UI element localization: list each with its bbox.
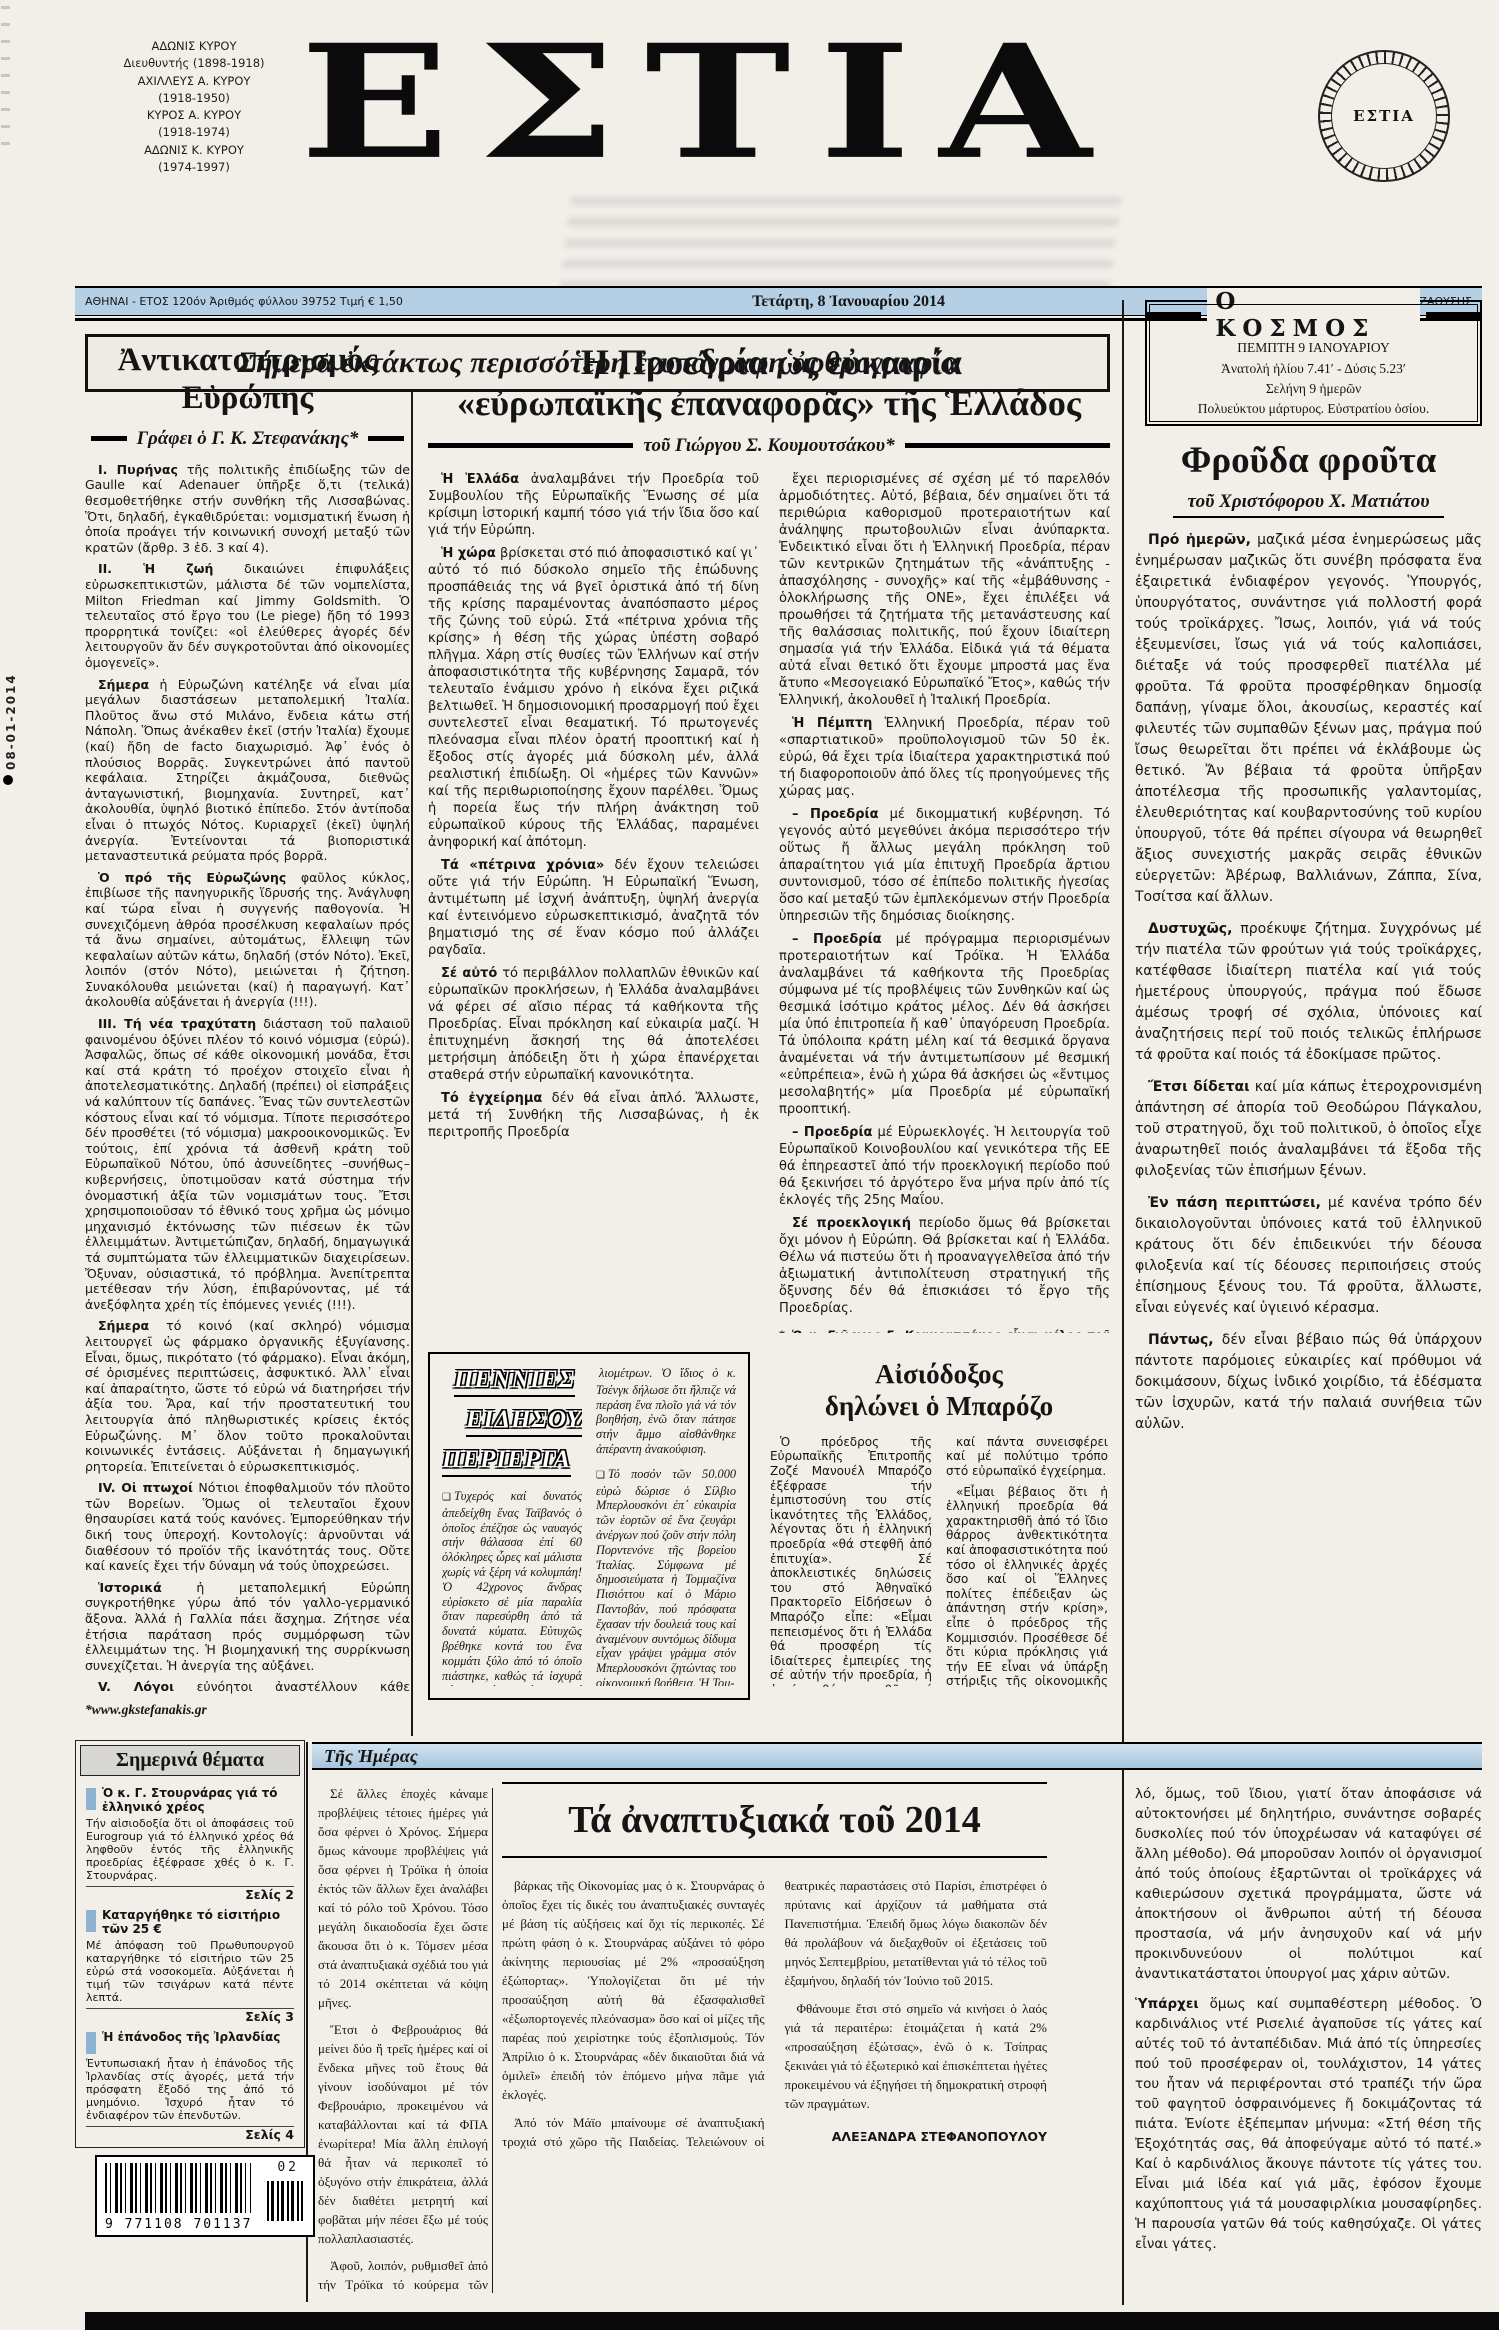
- topic-title: Καταργήθηκε τό εἰσιτήριο τῶν 25 €: [102, 1909, 294, 1936]
- byline-row: Γράφει ὁ Γ. Κ. Στεφανάκης*: [85, 428, 410, 450]
- rule: [91, 436, 127, 441]
- paragraph: II. Ἡ ζωή δικαιώνει ἐπιφυλάξεις εὐρωσκεπ…: [85, 561, 410, 670]
- article-column-2: ἔχει περιορισμένες σέ σχέση μέ τό παρελθ…: [779, 471, 1110, 1333]
- rule: [368, 436, 404, 441]
- article-body: Πρό ἡμερῶν, μαζικά μέσα ἐνημερώσεως μᾶς …: [1135, 530, 1482, 1718]
- pennies-titles: ΠΕΝΝΙΕΣΕΙΔΗΣΟΥΛΕΣΠΕΡΙΕΡΓΑ: [442, 1366, 582, 1477]
- edition-info: ΑΘΗΝΑΙ - ΕΤΟΣ 120όν Ἀριθμός φύλλου 39752…: [85, 295, 403, 308]
- topics-header: Σημερινά θέματα: [80, 1745, 300, 1776]
- pennies-column-1: ΠΕΝΝΙΕΣΕΙΔΗΣΟΥΛΕΣΠΕΡΙΕΡΓΑ ❑Τυχερός καί δ…: [442, 1366, 582, 1686]
- topic-bullet-icon: [86, 1788, 96, 1810]
- registration-dot: [3, 775, 13, 785]
- rule: [905, 443, 1110, 448]
- tis-imeras-column-a: Σέ ἄλλες ἐποχές κάναμε προβλέψεις τέτοιε…: [318, 1784, 488, 2296]
- topic-summary: Ἐντυπωσιακή ἦταν ἡ ἐπάνοδος τῆς Ἰρλανδία…: [86, 2057, 294, 2122]
- paragraph: Ὁ πρό τῆς Εὐρωζώνης φαῦλος κύκλος, ἐπιβί…: [85, 870, 410, 1010]
- paragraph: Ἡ Ἑλλάδα ἀναλαμβάνει τήν Προεδρία τοῦ Συ…: [428, 471, 759, 539]
- paragraph: ΑΛΕΞΑΝΔΡΑ ΣΤΕΦΑΝΟΠΟΥΛΟΥ: [785, 2127, 1048, 2146]
- paragraph: Πρό ἡμερῶν, μαζικά μέσα ἐνημερώσεως μᾶς …: [1135, 530, 1482, 908]
- topic-item: Ἡ ἐπάνοδος τῆς Ἰρλανδίας Ἐντυπωσιακή ἦτα…: [76, 2024, 304, 2142]
- pennies-box: ΠΕΝΝΙΕΣΕΙΔΗΣΟΥΛΕΣΠΕΡΙΕΡΓΑ ❑Τυχερός καί δ…: [428, 1352, 750, 1700]
- paragraph: καί πάντα συνεισφέρει καί μέ πολύτιμο τρ…: [946, 1435, 1108, 1479]
- byline: Γράφει ὁ Γ. Κ. Στεφανάκης*: [137, 428, 359, 450]
- topic-bullet-icon: [86, 2032, 96, 2054]
- topic-title: Ὁ κ. Γ. Στουρνάρας γιά τό ἑλληνικό χρέος: [102, 1787, 294, 1814]
- pennies-title: ΕΙΔΗΣΟΥΛΕΣ: [466, 1406, 582, 1437]
- barcode-digits: 9 771108 701137: [103, 2217, 254, 2232]
- topic-bullet-icon: [86, 1910, 96, 1932]
- paragraph: Ὁ πρόεδρος τῆς Εὐρωπαϊκῆς Ἐπιτροπῆς Ζοζέ…: [770, 1435, 932, 1687]
- edition-date-vertical: 08-01-2014: [4, 640, 18, 770]
- article-title: Αἰσιόδοξοςδηλώνει ὁ Μπαρόζο: [770, 1358, 1108, 1423]
- paragraph: Ἔτσι δίδεται καί μία κάπως ἑτεροχρονισμέ…: [1135, 1077, 1482, 1182]
- barcode-supplement: 02: [277, 2160, 299, 2175]
- paragraph: I. Πυρήνας τῆς πολιτικῆς ἐπιδίωξης τῶν d…: [85, 462, 410, 556]
- paragraph: Ἔτσι ὁ Φεβρουάριος θά μείνει δύο ἤ τρεῖς…: [318, 2020, 488, 2248]
- article-column-1: Ἡ Ἑλλάδα ἀναλαμβάνει τήν Προεδρία τοῦ Συ…: [428, 471, 759, 1333]
- column-rule: [492, 1788, 493, 2293]
- tis-imeras-columns: βάρκας τῆς Οἰκονομίας μας ὁ κ. Στουρνάρα…: [502, 1876, 1047, 2228]
- article-column-2: καί πάντα συνεισφέρει καί μέ πολύτιμο τρ…: [946, 1435, 1108, 1687]
- kosmos-line: Πολυεύκτου μάρτυρος. Εὐστρατίου ὁσίου.: [1155, 399, 1472, 419]
- newspaper-front-page: 08-01-2014 ΑΔΩΝΙΣ ΚΥΡΟΥΔιευθυντής (1898-…: [0, 0, 1499, 2330]
- topic-title: Ἡ ἐπάνοδος τῆς Ἰρλανδίας: [102, 2031, 280, 2054]
- paragraph: λό, ὅμως, τοῦ ἴδιου, γιατί ὅταν ἀποφάσισ…: [1135, 1784, 1482, 1984]
- article-title: Φροῦδα φροῦτα: [1135, 440, 1482, 483]
- estia-stamp-icon: ΕΣΤΙΑ: [1318, 50, 1450, 182]
- topic-page-ref: Σελίς 2: [86, 1886, 294, 1902]
- paragraph: Σέ προεκλογική περίοδο ὅμως θά βρίσκεται…: [779, 1215, 1110, 1317]
- paragraph: IV. Οἱ πτωχοί Νότιοι ἐποφθαλμιοῦν τόν πλ…: [85, 1480, 410, 1574]
- article-barozo: Αἰσιόδοξοςδηλώνει ὁ Μπαρόζο Ὁ πρόεδρος τ…: [770, 1358, 1108, 1687]
- news-snippet: ❑Τό ποσόν τῶν 50.000 εὐρώ δώρισε ὁ Σίλβι…: [596, 1467, 736, 1686]
- section-headline: Τά ἀναπτυξιακά τοῦ 2014: [502, 1798, 1047, 1842]
- news-snippet: ❑Τυχερός καί δυνατός ἀπεδείχθη ἕνας Ταϊβ…: [442, 1489, 582, 1686]
- paragraph: ἔχει περιορισμένες σέ σχέση μέ τό παρελθ…: [779, 471, 1110, 709]
- paragraph: Σέ αὐτό τό περιβάλλον πολλαπλῶν ἐθνικῶν …: [428, 965, 759, 1084]
- topic-summary: Τήν αἰσιοδοξία ὅτι οἱ ἀποφάσεις τοῦ Euro…: [86, 1817, 294, 1882]
- paragraph: Τά «πέτρινα χρόνια» δέν ἔχουν τελειώσει …: [428, 857, 759, 959]
- paragraph: Σέ ἄλλες ἐποχές κάναμε προβλέψεις τέτοιε…: [318, 1784, 488, 2012]
- paragraph: Ἡ χώρα βρίσκεται στό πιό ἀποφασιστικό κα…: [428, 545, 759, 851]
- paragraph: Ἐν πάση περιπτώσει, μέ κανένα τρόπο δέν …: [1135, 1193, 1482, 1319]
- pennies-column-2: λιομέτρων. Ὁ ἴδιος ὁ κ. Τσένγκ δήλωσε ὅτ…: [596, 1366, 736, 1686]
- paragraph: Ἡ Πέμπτη Ἑλληνική Προεδρία, πέραν τοῦ «σ…: [779, 715, 1110, 800]
- article-frouda-frouta: Φροῦδα φροῦτα τοῦ Χριστόφορου Χ. Ματιάτο…: [1135, 440, 1482, 1718]
- byline-row: τοῦ Χριστόφορου Χ. Ματιάτου: [1135, 491, 1482, 518]
- paragraph: «Εἶμαι βέβαιος ὅτι ἡ ἑλληνική προεδρία θ…: [946, 1485, 1108, 1687]
- fold-marks: [1, 6, 10, 156]
- topics-box: Σημερινά θέματα Ὁ κ. Γ. Στουρνάρας γιά τ…: [75, 1740, 305, 2148]
- newspaper-logo: ΕΣΤΙΑ: [243, 24, 1178, 181]
- kosmos-box: Ο ΚΟΣΜΟΣ ΑὔριοΠΕΜΠΤΗ 9 ΙΑΝΟΥΑΡΙΟΥἈνατολή…: [1145, 300, 1482, 426]
- paragraph: – Προεδρία μέ Εὐρωεκλογές. Ἡ λειτουργία …: [779, 1124, 1110, 1209]
- topic-page-ref: Σελίς 4: [86, 2126, 294, 2142]
- column-rule: [411, 338, 413, 1736]
- topic-page-ref: Σελίς 3: [86, 2008, 294, 2024]
- kosmos-line: Ἀνατολή ἡλίου 7.41′ - Δύσις 5.23′: [1155, 359, 1472, 379]
- article-proedria: Ἡ Προεδρία ὡς εὐκαιρία«εὐρωπαϊκῆς ἐπαναφ…: [428, 342, 1110, 1333]
- byline: τοῦ Χριστόφορου Χ. Ματιάτου: [1173, 491, 1443, 518]
- article-title: ἈντικατοπτρισμόςΕὐρώπης: [85, 342, 410, 418]
- rule: [502, 1782, 1047, 1784]
- topic-summary: Μέ ἀπόφαση τοῦ Πρωθυπουργοῦ καταργήθηκε …: [86, 1939, 294, 2004]
- pennies-title: ΠΕΡΙΕΡΓΑ: [442, 1446, 571, 1477]
- rule: [502, 1856, 1047, 1858]
- byline-row: τοῦ Γιώργου Σ. Κουμουτσάκου*: [428, 435, 1110, 457]
- author-site: *www.gkstefanakis.gr: [85, 1702, 410, 1718]
- paragraph: Πάντως, δέν εἶναι βέβαιο πώς θά ὑπάρχουν…: [1135, 1330, 1482, 1435]
- topic-item: Καταργήθηκε τό εἰσιτήριο τῶν 25 € Μέ ἀπό…: [76, 1902, 304, 2024]
- column-rule: [1122, 300, 1124, 2305]
- section-label: Τῆς Ἡμέρας: [324, 1746, 418, 1767]
- paragraph: Σήμερα τό κοινό (καί σκληρό) νόμισμα λει…: [85, 1318, 410, 1474]
- paragraph: III. Τή νέα τραχύτατη διάσταση τοῦ παλαι…: [85, 1016, 410, 1312]
- paragraph: – Προεδρία μέ πρόγραμμα περιορισμένων πρ…: [779, 931, 1110, 1118]
- paragraph: Σήμερα ἡ Εὐρωζώνη κατέληξε νά εἶναι μία …: [85, 677, 410, 864]
- stamp-label: ΕΣΤΙΑ: [1331, 63, 1437, 169]
- paragraph: Ἱστορικά ἡ μεταπολεμική Εὐρώπη συγκροτήθ…: [85, 1580, 410, 1674]
- byline: τοῦ Γιώργου Σ. Κουμουτσάκου*: [643, 435, 894, 457]
- news-snippet: λιομέτρων. Ὁ ἴδιος ὁ κ. Τσένγκ δήλωσε ὅτ…: [596, 1366, 736, 1457]
- rule: [1426, 312, 1480, 318]
- page-bottom-bar: [85, 2312, 1499, 2330]
- barcode-supplement-bars: [267, 2181, 303, 2221]
- article-title: Ἡ Προεδρία ὡς εὐκαιρία«εὐρωπαϊκῆς ἐπαναφ…: [428, 342, 1110, 425]
- author-footnote: * Ὁ κ. Γιῶργος Σ. Κουμουτσάκος εἶναι μέλ…: [779, 1327, 1110, 1333]
- paragraph: Δυστυχῶς, προέκυψε ζήτημα. Συγχρόνως μέ …: [1135, 919, 1482, 1066]
- pennies-title: ΠΕΝΝΙΕΣ: [454, 1366, 575, 1397]
- kosmos-title-row: Ο ΚΟΣΜΟΣ: [1147, 288, 1480, 342]
- list-bullet-icon: ❑: [596, 1470, 605, 1481]
- kosmos-title: Ο ΚΟΣΜΟΣ: [1207, 288, 1419, 342]
- paragraph: Ἀφοῦ, λοιπόν, ρυθμισθεῖ ἀπό τήν Τρόϊκα τ…: [318, 2256, 488, 2296]
- paragraph: βάρκας τῆς Οἰκονομίας μας ὁ κ. Στουρνάρα…: [502, 1876, 765, 2104]
- tis-imeras-bar: Τῆς Ἡμέρας: [312, 1742, 1482, 1770]
- rule: [428, 443, 633, 448]
- topic-item: Ὁ κ. Γ. Στουρνάρας γιά τό ἑλληνικό χρέος…: [76, 1780, 304, 1902]
- article-frouda-frouta-continued: λό, ὅμως, τοῦ ἴδιου, γιατί ὅταν ἀποφάσισ…: [1135, 1784, 1482, 2296]
- list-bullet-icon: ❑: [442, 1492, 451, 1503]
- paragraph: V. Λόγοι εὐνόητοι ἀναστέλλουν κάθε ἀναθε…: [85, 1679, 410, 1693]
- paragraph: Τό ἐγχείρημα δέν θά εἶναι ἁπλό. Ἄλλωστε,…: [428, 1090, 759, 1141]
- barcode-bars: [105, 2163, 251, 2213]
- tis-imeras-main: Τά ἀναπτυξιακά τοῦ 2014 βάρκας τῆς Οἰκον…: [502, 1782, 1047, 2228]
- kosmos-line: Σελήνη 9 ἡμερῶν: [1155, 379, 1472, 399]
- article-antikatoptrismos: ἈντικατοπτρισμόςΕὐρώπης Γράφει ὁ Γ. Κ. Σ…: [85, 342, 410, 1718]
- paragraph: – Προεδρία μέ δικομματική κυβέρνηση. Τό …: [779, 806, 1110, 925]
- paragraph: Ὑπάρχει ὅμως καί συμπαθέστερη μέθοδος. Ὁ…: [1135, 1994, 1482, 2254]
- article-column-1: Ὁ πρόεδρος τῆς Εὐρωπαϊκῆς Ἐπιτροπῆς Ζοζέ…: [770, 1435, 932, 1687]
- article-body: I. Πυρήνας τῆς πολιτικῆς ἐπιδίωξης τῶν d…: [85, 462, 410, 1694]
- issue-barcode: 02 9 771108 701137: [95, 2155, 315, 2237]
- paragraph: Φθάνουμε ἔτσι στό σημεῖο νά κινήσει ὁ λα…: [785, 1999, 1048, 2113]
- rule: [1147, 312, 1201, 318]
